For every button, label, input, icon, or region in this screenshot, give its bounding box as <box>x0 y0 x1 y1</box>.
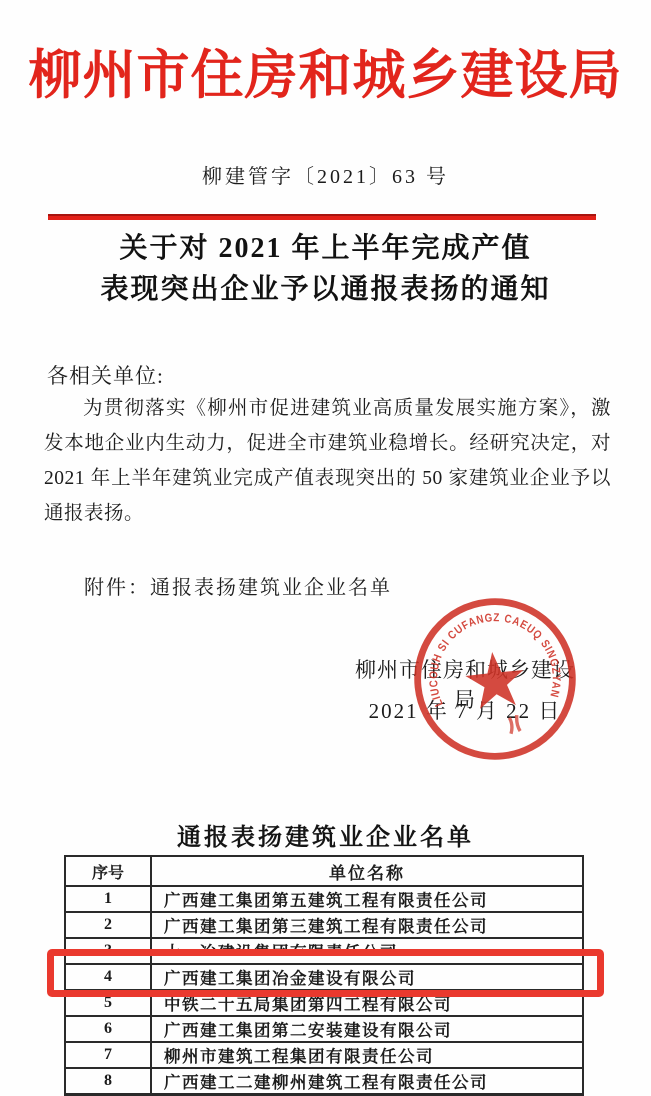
column-header-name: 单位名称 <box>152 857 582 885</box>
company-name-cell: 柳州市建筑工程集团有限责任公司 <box>152 1043 582 1067</box>
table-row: 3 十一冶建设集团有限责任公司 <box>66 939 582 965</box>
attachment-note: 附件：通报表扬建筑业企业名单 <box>84 571 392 600</box>
row-no-cell: 7 <box>66 1043 152 1067</box>
company-name-cell: 广西建工集团第二安装建设有限公司 <box>152 1017 582 1041</box>
row-no-cell: 6 <box>66 1017 152 1041</box>
body-line: 2021 年上半年建筑业完成产值表现突出的 50 家建筑业企业予以 <box>44 461 611 496</box>
table-row-highlighted: 4 广西建工集团冶金建设有限公司 <box>66 965 582 991</box>
body-line: 为贯彻落实《柳州市促进建筑业高质量发展实施方案》，激 <box>44 391 611 426</box>
column-header-no: 序号 <box>66 857 152 885</box>
row-no-cell: 5 <box>66 991 152 1015</box>
attachment-table-title: 通报表扬建筑业企业名单 <box>0 817 651 852</box>
notice-body: 为贯彻落实《柳州市促进建筑业高质量发展实施方案》，激 发本地企业内生动力，促进全… <box>44 391 611 531</box>
row-no-cell: 8 <box>66 1069 152 1093</box>
table-row: 1 广西建工集团第五建筑工程有限责任公司 <box>66 887 582 913</box>
company-name-cell: 广西建工集团第五建筑工程有限责任公司 <box>152 887 582 911</box>
body-line: 发本地企业内生动力，促进全市建筑业稳增长。经研究决定，对 <box>44 426 611 461</box>
row-no-cell: 3 <box>66 939 152 963</box>
company-name-cell: 中铁二十五局集团第四工程有限公司 <box>152 991 582 1015</box>
table-header-row: 序号 单位名称 <box>66 857 582 887</box>
table-row: 6 广西建工集团第二安装建设有限公司 <box>66 1017 582 1043</box>
agency-header-title: 柳州市住房和城乡建设局 <box>0 33 651 109</box>
table-row: 7 柳州市建筑工程集团有限责任公司 <box>66 1043 582 1069</box>
table-row: 8 广西建工二建柳州建筑工程有限责任公司 <box>66 1069 582 1095</box>
company-name-cell: 广西建工集团冶金建设有限公司 <box>152 965 582 989</box>
table-row: 2 广西建工集团第三建筑工程有限责任公司 <box>66 913 582 939</box>
salutation: 各相关单位: <box>47 360 164 390</box>
official-seal: LIUCOUH SI CUFANGZ CAEUQ SINGZYANGH CENS… <box>402 586 589 773</box>
table-row: 5 中铁二十五局集团第四工程有限公司 <box>66 991 582 1017</box>
attachment-table: 序号 单位名称 1 广西建工集团第五建筑工程有限责任公司 2 广西建工集团第三建… <box>64 855 584 1096</box>
company-name-cell: 广西建工集团第三建筑工程有限责任公司 <box>152 913 582 937</box>
row-no-cell: 4 <box>66 965 152 989</box>
star-icon <box>463 649 527 710</box>
body-line: 通报表扬。 <box>44 496 611 531</box>
company-name-cell: 十一冶建设集团有限责任公司 <box>152 939 582 963</box>
header-divider-rule <box>48 214 596 220</box>
company-name-cell: 广西建工二建柳州建筑工程有限责任公司 <box>152 1069 582 1093</box>
row-no-cell: 1 <box>66 887 152 911</box>
document-number: 柳建管字〔2021〕63 号 <box>0 160 651 189</box>
row-no-cell: 2 <box>66 913 152 937</box>
document-page: 柳州市住房和城乡建设局 柳建管字〔2021〕63 号 关于对 2021 年上半年… <box>0 0 651 1096</box>
notice-title-line2: 表现突出企业予以通报表扬的通知 <box>0 267 651 307</box>
notice-title-line1: 关于对 2021 年上半年完成产值 <box>0 226 651 266</box>
seal-serial-mark <box>509 715 520 734</box>
